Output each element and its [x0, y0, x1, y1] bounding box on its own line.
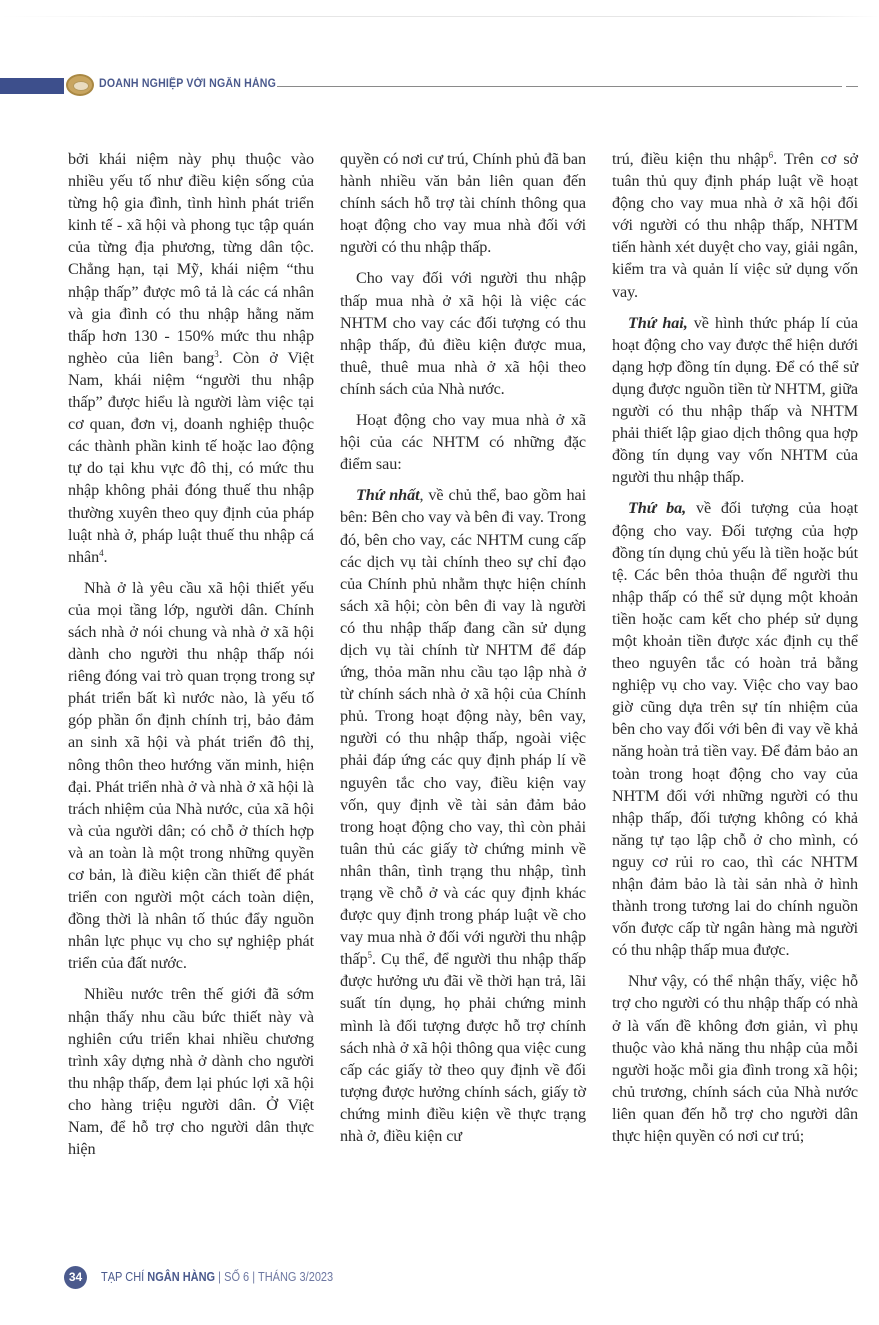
lead-in: Thứ ba, — [628, 499, 686, 517]
page-number: 34 — [64, 1266, 87, 1289]
journal-info: TẠP CHÍ NGÂN HÀNG | SỐ 6 | THÁNG 3/2023 — [101, 1270, 333, 1284]
section-title: DOANH NGHIỆP VỚI NGÂN HÀNG — [99, 78, 276, 90]
issue-number: SỐ 6 — [224, 1270, 249, 1284]
paragraph: Hoạt động cho vay mua nhà ở xã hội của c… — [340, 409, 586, 475]
bank-emblem-icon — [66, 74, 94, 96]
article-column-3: trú, điều kiện thu nhập6. Trên cơ sở tuâ… — [612, 148, 858, 1156]
article-column-2: quyền có nơi cư trú, Chính phủ đã ban hà… — [340, 148, 586, 1156]
paragraph: Cho vay đối với người thu nhập thấp mua … — [340, 267, 586, 400]
running-header: DOANH NGHIỆP VỚI NGÂN HÀNG — [0, 74, 879, 98]
page-top-rule — [0, 16, 879, 17]
journal-name-part1: TẠP CHÍ — [101, 1270, 144, 1284]
paragraph: Thứ ba, về đối tượng của hoạt động cho v… — [612, 497, 858, 961]
paragraph: Như vậy, có thể nhận thấy, việc hỗ trợ c… — [612, 970, 858, 1147]
page-footer: 34 TẠP CHÍ NGÂN HÀNG | SỐ 6 | THÁNG 3/20… — [64, 1266, 464, 1290]
lead-in: Thứ nhất — [356, 486, 419, 504]
paragraph: quyền có nơi cư trú, Chính phủ đã ban hà… — [340, 148, 586, 258]
paragraph: Nhiều nước trên thế giới đã sớm nhận thấ… — [68, 983, 314, 1160]
header-dash — [815, 86, 827, 87]
paragraph: Thứ nhất, về chủ thể, bao gồm hai bên: B… — [340, 484, 586, 1147]
issue-date: THÁNG 3/2023 — [258, 1270, 333, 1284]
paragraph: bởi khái niệm này phụ thuộc vào nhiều yế… — [68, 148, 314, 568]
article-column-1: bởi khái niệm này phụ thuộc vào nhiều yế… — [68, 148, 314, 1169]
paragraph: Thứ hai, về hình thức pháp lí của hoạt đ… — [612, 312, 858, 489]
header-rule — [277, 86, 842, 87]
paragraph: Nhà ở là yêu cầu xã hội thiết yếu của mọ… — [68, 577, 314, 975]
header-dash — [846, 86, 858, 87]
header-accent-bar — [0, 78, 64, 94]
paragraph: trú, điều kiện thu nhập6. Trên cơ sở tuâ… — [612, 148, 858, 303]
journal-name-part2: NGÂN HÀNG — [147, 1270, 215, 1284]
lead-in: Thứ hai, — [628, 314, 688, 332]
